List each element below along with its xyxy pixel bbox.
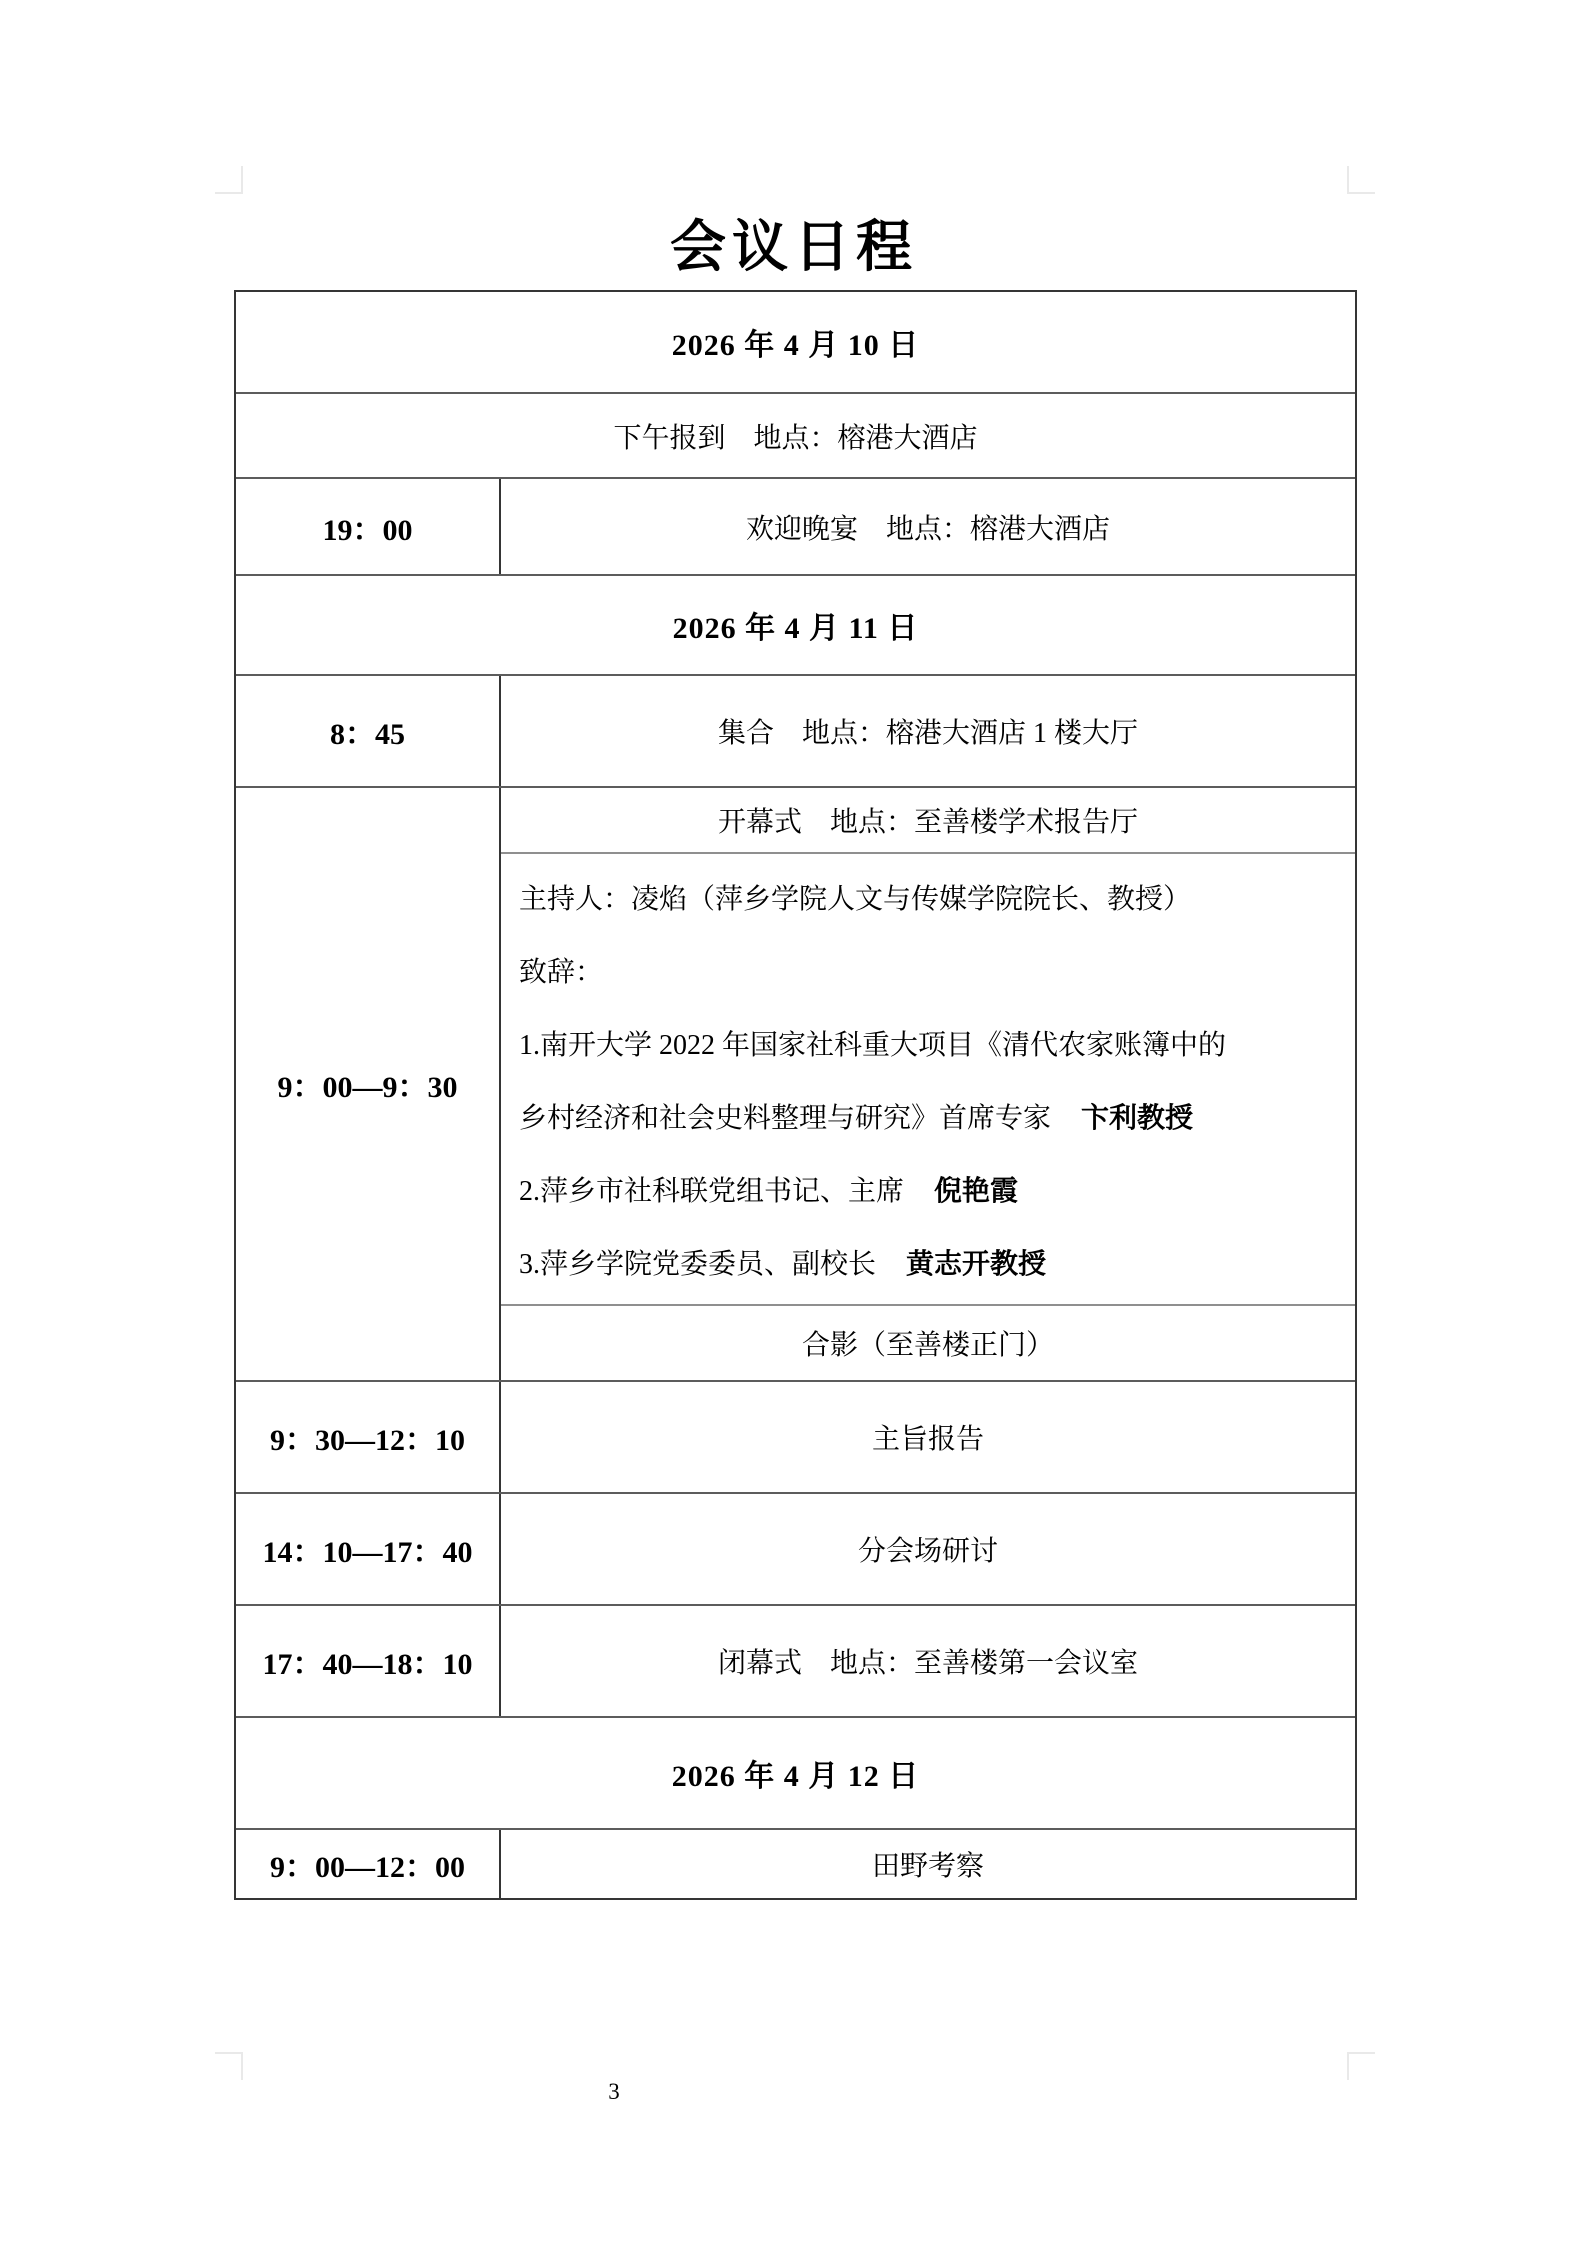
- ceremony-speaker-name: 黄志开教授: [906, 1242, 1046, 1282]
- margin-corner-mark-top-right: [1347, 166, 1375, 194]
- table-row-date-day3: 2026 年 4 月 12 日: [236, 1716, 1355, 1828]
- ceremony-line-text: 致辞：: [519, 950, 603, 990]
- table-row-keynote: 9：30—12：10 主旨报告: [236, 1380, 1355, 1492]
- margin-corner-mark-bottom-left: [215, 2052, 243, 2080]
- table-row-fieldtrip: 9：00—12：00 田野考察: [236, 1828, 1355, 1898]
- table-row-gather: 8：45 集合 地点：榕港大酒店 1 楼大厅: [236, 674, 1355, 786]
- opening-detail-stack: 开幕式 地点：至善楼学术报告厅 主持人：凌焰（萍乡学院人文与传媒学院院长、教授）…: [501, 788, 1355, 1380]
- keynote-event: 主旨报告: [501, 1382, 1355, 1492]
- ceremony-line: 致辞：: [519, 933, 1335, 1006]
- document-page: 会议日程 2026 年 4 月 10 日 下午报到 地点：榕港大酒店 19：00…: [0, 0, 1588, 2245]
- opening-header: 开幕式 地点：至善楼学术报告厅: [501, 788, 1355, 852]
- table-row-checkin: 下午报到 地点：榕港大酒店: [236, 392, 1355, 477]
- ceremony-line-text: 主持人：凌焰（萍乡学院人文与传媒学院院长、教授）: [519, 877, 1191, 917]
- closing-event: 闭幕式 地点：至善楼第一会议室: [501, 1606, 1355, 1716]
- table-row-closing: 17：40—18：10 闭幕式 地点：至善楼第一会议室: [236, 1604, 1355, 1716]
- dinner-event: 欢迎晚宴 地点：榕港大酒店: [501, 479, 1355, 574]
- ceremony-line-text: 乡村经济和社会史料整理与研究》首席专家: [519, 1096, 1051, 1136]
- ceremony-speaker-name: 卞利教授: [1081, 1096, 1193, 1136]
- date-header-day3: 2026 年 4 月 12 日: [236, 1718, 1355, 1828]
- ceremony-line-text: 2.萍乡市社科联党组书记、主席: [519, 1169, 904, 1209]
- margin-corner-mark-top-left: [215, 166, 243, 194]
- table-row-opening-ceremony: 9：00—9：30 开幕式 地点：至善楼学术报告厅 主持人：凌焰（萍乡学院人文与…: [236, 786, 1355, 1380]
- margin-corner-mark-bottom-right: [1347, 2052, 1375, 2080]
- ceremony-line: 2.萍乡市社科联党组书记、主席 倪艳霞: [519, 1152, 1335, 1225]
- schedule-table: 2026 年 4 月 10 日 下午报到 地点：榕港大酒店 19：00 欢迎晚宴…: [234, 290, 1357, 1900]
- ceremony-speaker-name: 倪艳霞: [934, 1169, 1018, 1209]
- panels-time: 14：10—17：40: [236, 1494, 501, 1604]
- page-number: 3: [592, 2079, 636, 2105]
- keynote-time: 9：30—12：10: [236, 1382, 501, 1492]
- table-row-date-day1: 2026 年 4 月 10 日: [236, 292, 1355, 392]
- closing-time: 17：40—18：10: [236, 1606, 501, 1716]
- ceremony-line: 主持人：凌焰（萍乡学院人文与传媒学院院长、教授）: [519, 860, 1335, 933]
- fieldtrip-event: 田野考察: [501, 1830, 1355, 1898]
- page-title: 会议日程: [0, 203, 1588, 283]
- table-row-date-day2: 2026 年 4 月 11 日: [236, 574, 1355, 674]
- checkin-event: 下午报到 地点：榕港大酒店: [236, 394, 1355, 477]
- date-header-day2: 2026 年 4 月 11 日: [236, 576, 1355, 674]
- gather-event: 集合 地点：榕港大酒店 1 楼大厅: [501, 676, 1355, 786]
- gather-time: 8：45: [236, 676, 501, 786]
- opening-speech-block: 主持人：凌焰（萍乡学院人文与传媒学院院长、教授） 致辞： 1.南开大学 2022…: [501, 852, 1355, 1306]
- group-photo-note: 合影（至善楼正门）: [501, 1306, 1355, 1380]
- panels-event: 分会场研讨: [501, 1494, 1355, 1604]
- date-header-day1: 2026 年 4 月 10 日: [236, 292, 1355, 392]
- opening-time: 9：00—9：30: [236, 788, 501, 1380]
- dinner-time: 19：00: [236, 479, 501, 574]
- fieldtrip-time: 9：00—12：00: [236, 1830, 501, 1898]
- ceremony-line-text: 1.南开大学 2022 年国家社科重大项目《清代农家账簿中的: [519, 1023, 1226, 1063]
- ceremony-line: 乡村经济和社会史料整理与研究》首席专家 卞利教授: [519, 1079, 1335, 1152]
- table-row-panels: 14：10—17：40 分会场研讨: [236, 1492, 1355, 1604]
- ceremony-line: 3.萍乡学院党委委员、副校长 黄志开教授: [519, 1225, 1335, 1298]
- ceremony-line: 1.南开大学 2022 年国家社科重大项目《清代农家账簿中的: [519, 1006, 1335, 1079]
- ceremony-line-text: 3.萍乡学院党委委员、副校长: [519, 1242, 876, 1282]
- table-row-dinner: 19：00 欢迎晚宴 地点：榕港大酒店: [236, 477, 1355, 574]
